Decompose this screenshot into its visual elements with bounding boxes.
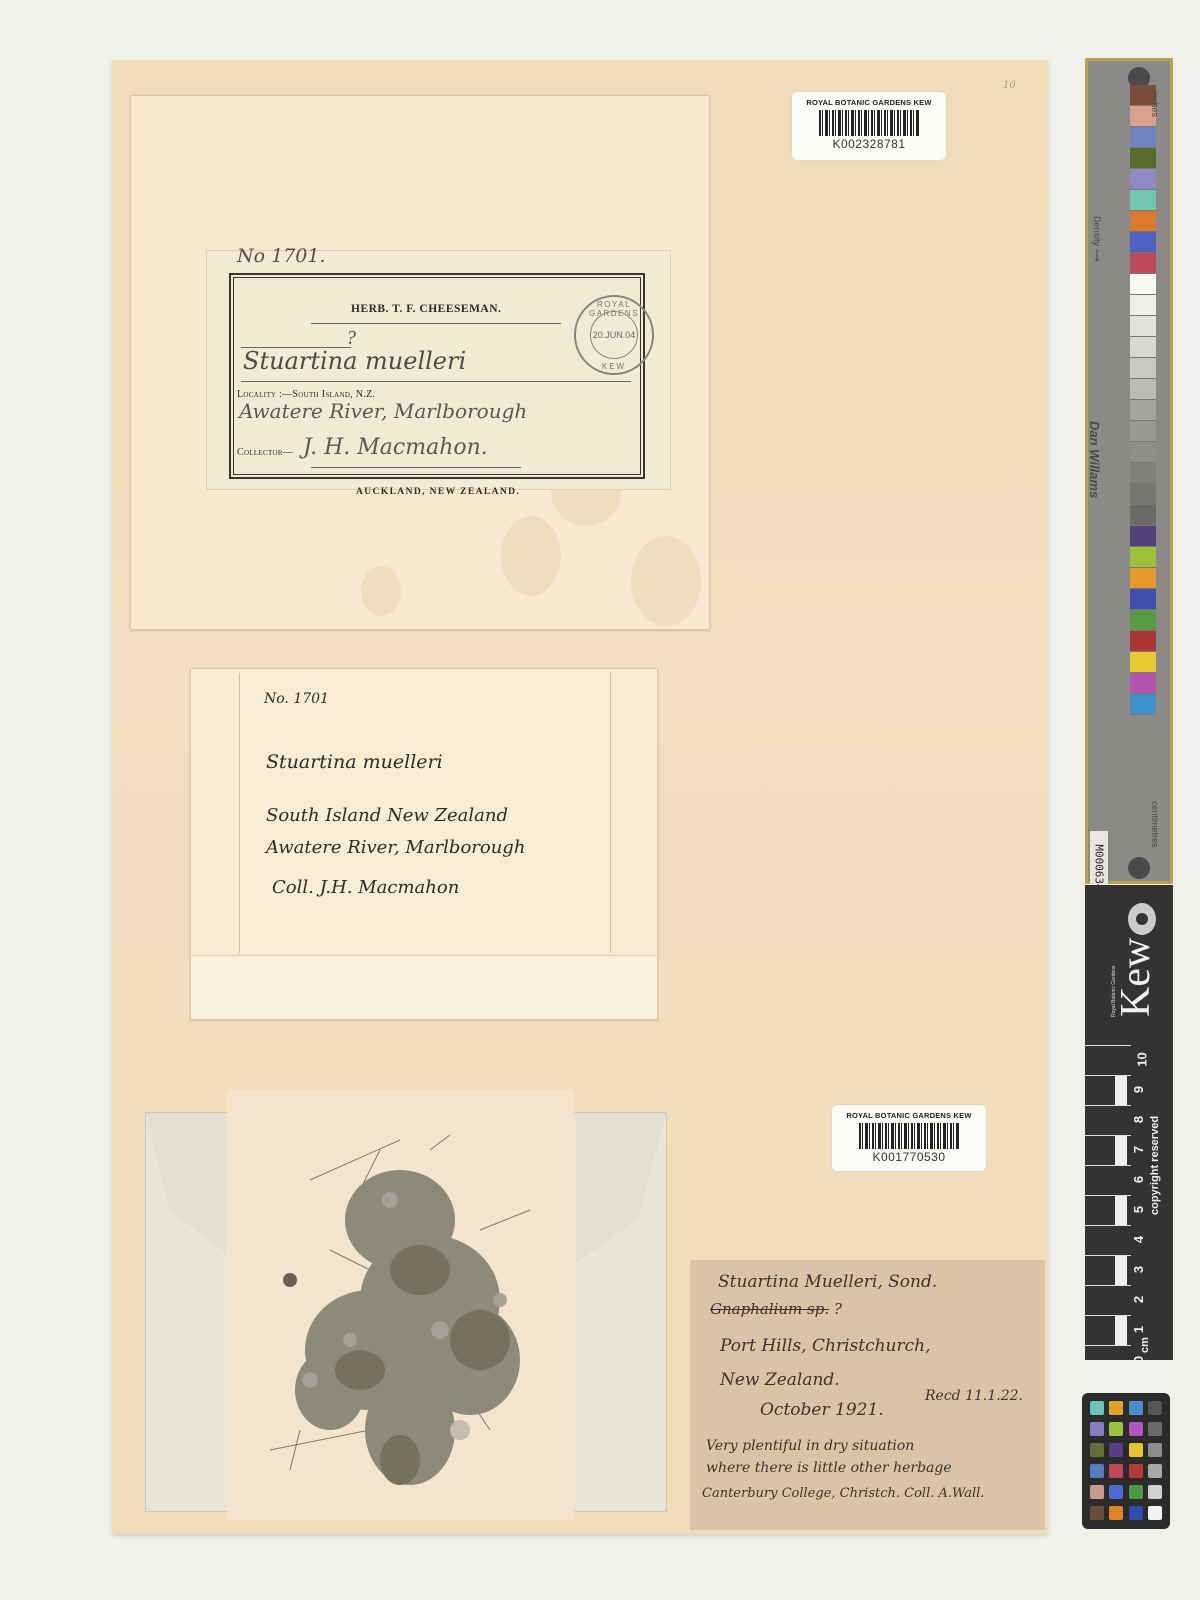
- color-patch: [1130, 337, 1156, 358]
- color-patch: [1130, 631, 1156, 652]
- scale-number: 9: [1131, 1086, 1146, 1093]
- color-swatch: [1090, 1443, 1104, 1457]
- scale-number: 10: [1135, 1052, 1150, 1066]
- label-number: No 1701.: [237, 245, 326, 267]
- color-swatch: [1090, 1506, 1104, 1520]
- note-habitat-cont: where there is little other herbage: [706, 1460, 952, 1476]
- color-patch: [1130, 148, 1156, 169]
- barcode-institution: ROYAL BOTANIC GARDENS KEW: [792, 98, 946, 107]
- color-patch: [1130, 211, 1156, 232]
- barcode-number: K001770530: [832, 1150, 986, 1164]
- color-patch: [1130, 169, 1156, 190]
- scale-number: 8: [1131, 1116, 1146, 1123]
- color-swatch: [1148, 1443, 1162, 1457]
- scale-tick: 4: [1085, 1225, 1131, 1255]
- color-calibration-strip: inches Density ⟶ Dan Willams centimetres…: [1085, 58, 1173, 884]
- color-patch: [1130, 673, 1156, 694]
- color-patch: [1130, 421, 1156, 442]
- svg-text:Royal Botanic Gardens: Royal Botanic Gardens: [1111, 965, 1117, 1017]
- barcode-institution: ROYAL BOTANIC GARDENS KEW: [832, 1111, 986, 1120]
- strip-header: inches: [1150, 91, 1160, 117]
- scale-number: 4: [1131, 1236, 1146, 1243]
- color-patch: [1130, 358, 1156, 379]
- color-swatch: [1148, 1464, 1162, 1478]
- color-swatch: [1148, 1422, 1162, 1436]
- label-footer: AUCKLAND, NEW ZEALAND.: [356, 487, 520, 497]
- color-swatch: [1148, 1485, 1162, 1499]
- scale-number: 6: [1131, 1176, 1146, 1183]
- collector: J. H. Macmahon.: [303, 435, 488, 460]
- strip-footer: centimetres: [1150, 801, 1160, 848]
- color-swatch: [1148, 1506, 1162, 1520]
- color-patch: [1130, 316, 1156, 337]
- scale-number: 2: [1131, 1296, 1146, 1303]
- color-swatch: [1129, 1506, 1143, 1520]
- color-swatch: [1129, 1443, 1143, 1457]
- color-patch: [1130, 652, 1156, 673]
- stamp-date: 20.JUN.04: [590, 311, 638, 359]
- packet-label: No. 1701 Stuartina muelleri South Island…: [239, 673, 611, 953]
- scale-number: 3: [1131, 1266, 1146, 1273]
- scale-number: 1: [1131, 1326, 1146, 1333]
- pressed-plant-specimen: [250, 1130, 570, 1510]
- color-swatch: [1148, 1401, 1162, 1415]
- color-patch: [1130, 568, 1156, 589]
- note-locality: Port Hills, Christchurch,: [720, 1336, 931, 1356]
- scale-unit: cm: [1139, 1337, 1151, 1353]
- color-swatch: [1090, 1401, 1104, 1415]
- svg-text:Kew: Kew: [1113, 937, 1159, 1017]
- strip-brand: Dan Willams: [1087, 421, 1102, 498]
- color-patch: [1130, 694, 1156, 715]
- color-patch: [1130, 463, 1156, 484]
- color-patch: [1130, 190, 1156, 211]
- barcode-label-bottom: ROYAL BOTANIC GARDENS KEW K001770530: [832, 1105, 986, 1171]
- density-label: Density ⟶: [1091, 216, 1102, 261]
- color-patch: [1130, 253, 1156, 274]
- label-frame: HERB. T. F. CHEESEMAN. ? Stuartina muell…: [229, 273, 645, 479]
- scale-ticks: 109876543210: [1085, 1045, 1131, 1345]
- color-patch: [1130, 484, 1156, 505]
- collector-prefix: Collector—: [237, 447, 293, 458]
- color-swatch: [1129, 1464, 1143, 1478]
- color-patch: [1130, 526, 1156, 547]
- locality: Awatere River, Marlborough: [239, 399, 527, 423]
- packet-region: South Island New Zealand: [266, 805, 508, 826]
- packet-collector: Coll. J.H. Macmahon: [272, 877, 459, 898]
- color-swatch: [1109, 1506, 1123, 1520]
- note-received-date: Recd 11.1.22.: [925, 1388, 1023, 1404]
- barcode-number: K002328781: [792, 137, 946, 151]
- kew-receipt-stamp: ROYAL GARDENS 20.JUN.04 KEW: [574, 295, 654, 375]
- color-patch: [1130, 232, 1156, 253]
- scale-tick: 7: [1085, 1135, 1131, 1165]
- color-swatch: [1109, 1401, 1123, 1415]
- kew-logo-icon: Kew Royal Botanic Gardens: [1097, 897, 1163, 1027]
- color-swatch: [1090, 1422, 1104, 1436]
- color-patch: [1130, 589, 1156, 610]
- color-patch: [1130, 379, 1156, 400]
- note-institution: Canterbury College, Christch. Coll. A.Wa…: [702, 1486, 984, 1501]
- middle-packet: No. 1701 Stuartina muelleri South Island…: [190, 668, 658, 1020]
- color-patch: [1130, 295, 1156, 316]
- strip-hole-bottom: [1128, 857, 1150, 879]
- color-patch: [1130, 442, 1156, 463]
- color-swatch: [1129, 1422, 1143, 1436]
- copyright-notice: copyright reserved: [1149, 1116, 1161, 1215]
- note-habitat: Very plentiful in dry situation: [706, 1438, 914, 1454]
- scale-tick: 1: [1085, 1315, 1131, 1345]
- scale-number: 5: [1131, 1206, 1146, 1213]
- note-species: Stuartina Muelleri, Sond.: [718, 1272, 937, 1292]
- scale-tick: 5: [1085, 1195, 1131, 1225]
- cheeseman-label: No 1701. HERB. T. F. CHEESEMAN. ? Stuart…: [206, 250, 671, 490]
- note-country: New Zealand.: [720, 1370, 840, 1390]
- scale-number: 0: [1131, 1356, 1146, 1363]
- scale-tick: 6: [1085, 1165, 1131, 1195]
- packet-locality: Awatere River, Marlborough: [266, 837, 525, 858]
- herbarium-name: HERB. T. F. CHEESEMAN.: [351, 303, 501, 315]
- scale-tick: 8: [1085, 1105, 1131, 1135]
- color-swatch: [1129, 1485, 1143, 1499]
- scale-tick: 3: [1085, 1255, 1131, 1285]
- color-patches: [1130, 85, 1156, 715]
- scale-tick: 10: [1085, 1045, 1131, 1075]
- packet-number: No. 1701: [264, 691, 329, 707]
- color-patch: [1130, 547, 1156, 568]
- color-patch: [1130, 610, 1156, 631]
- color-swatch: [1109, 1422, 1123, 1436]
- scale-tick: 2: [1085, 1285, 1131, 1315]
- color-swatch: [1109, 1464, 1123, 1478]
- kew-scale-bar: Kew Royal Botanic Gardens 109876543210 c…: [1085, 885, 1173, 1360]
- barcode-icon: [819, 110, 919, 136]
- barcode-label-top: ROYAL BOTANIC GARDENS KEW K002328781: [792, 92, 946, 160]
- color-swatch: [1109, 1443, 1123, 1457]
- color-swatch: [1090, 1485, 1104, 1499]
- scale-number: 7: [1131, 1146, 1146, 1153]
- color-swatch: [1109, 1485, 1123, 1499]
- color-patch: [1130, 505, 1156, 526]
- scale-tick: 9: [1085, 1075, 1131, 1105]
- note-struck-name: Gnaphalium sp. ?: [710, 1300, 842, 1318]
- note-date: October 1921.: [760, 1400, 884, 1420]
- color-swatch: [1129, 1401, 1143, 1415]
- packet-flap: [191, 955, 657, 1019]
- scale-tick: 0: [1085, 1345, 1131, 1375]
- color-swatch: [1090, 1464, 1104, 1478]
- color-checker-card: [1082, 1393, 1170, 1529]
- pencil-mark: 10: [1003, 80, 1016, 91]
- collector-note-label: Stuartina Muelleri, Sond. Gnaphalium sp.…: [690, 1260, 1045, 1530]
- species-name: Stuartina muelleri: [243, 347, 466, 375]
- packet-species: Stuartina muelleri: [266, 751, 443, 773]
- color-patch: [1130, 127, 1156, 148]
- barcode-icon: [859, 1123, 959, 1149]
- color-patch: [1130, 274, 1156, 295]
- color-patch: [1130, 400, 1156, 421]
